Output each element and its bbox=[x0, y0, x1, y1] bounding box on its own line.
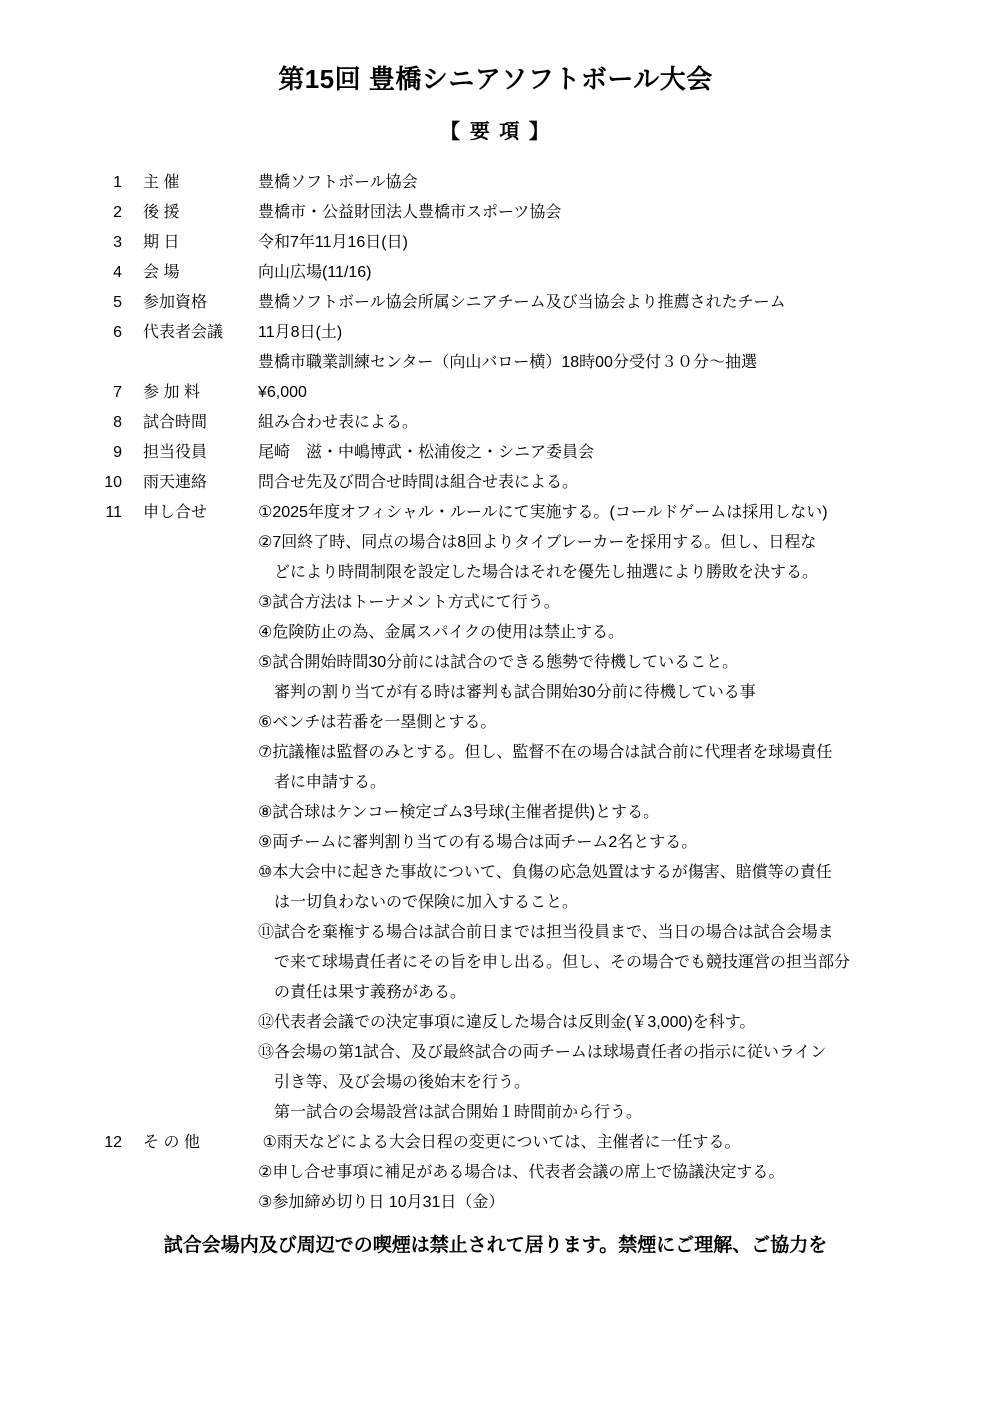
item-line: の責任は果す義務がある。 bbox=[258, 978, 991, 1008]
item-line: 豊橋ソフトボール協会所属シニアチーム及び当協会より推薦されたチーム bbox=[258, 288, 991, 318]
item-line: 引き等、及び会場の後始末を行う。 bbox=[258, 1068, 991, 1098]
item-lines: 尾崎 滋・中嶋博武・松浦俊之・シニア委員会 bbox=[258, 438, 991, 468]
item-number: 5 bbox=[0, 288, 122, 318]
items-list: 1 主 催 豊橋ソフトボール協会 2 後 援 豊橋市・公益財団法人豊橋市スポーツ… bbox=[0, 168, 991, 1218]
item-number: 3 bbox=[0, 228, 122, 258]
item-label: 代表者会議 bbox=[143, 318, 258, 348]
item-row-12: 12 そ の 他 ①雨天などによる大会日程の変更については、主催者に一任する。 … bbox=[0, 1128, 991, 1218]
item-line: ④危険防止の為、金属スパイクの使用は禁止する。 bbox=[258, 618, 991, 648]
item-row-8: 8 試合時間 組み合わせ表による。 bbox=[0, 408, 991, 438]
item-row-3: 3 期 日 令和7年11月16日(日) bbox=[0, 228, 991, 258]
item-row-4: 4 会 場 向山広場(11/16) bbox=[0, 258, 991, 288]
item-row-9: 9 担当役員 尾崎 滋・中嶋博武・松浦俊之・シニア委員会 bbox=[0, 438, 991, 468]
item-number: 12 bbox=[0, 1128, 122, 1158]
document-title: 第15回 豊橋シニアソフトボール大会 bbox=[0, 62, 991, 96]
item-line: 豊橋市・公益財団法人豊橋市スポーツ協会 bbox=[258, 198, 991, 228]
document-page: 第15回 豊橋シニアソフトボール大会 【 要 項 】 1 主 催 豊橋ソフトボー… bbox=[0, 0, 991, 1403]
item-line: で来て球場責任者にその旨を申し出る。但し、その場合でも競技運営の担当部分 bbox=[258, 948, 991, 978]
item-line: 組み合わせ表による。 bbox=[258, 408, 991, 438]
item-label: 期 日 bbox=[143, 228, 258, 258]
item-line: ②申し合せ事項に補足がある場合は、代表者会議の席上で協議決定する。 bbox=[258, 1158, 991, 1188]
item-line: 者に申請する。 bbox=[258, 768, 991, 798]
item-line: 審判の割り当てが有る時は審判も試合開始30分前に待機している事 bbox=[258, 678, 991, 708]
item-line: ⑥ベンチは若番を一塁側とする。 bbox=[258, 708, 991, 738]
item-lines: 豊橋市・公益財団法人豊橋市スポーツ協会 bbox=[258, 198, 991, 228]
item-lines: 11月8日(土) 豊橋市職業訓練センター（向山バロー横）18時00分受付３０分～… bbox=[258, 318, 991, 378]
item-label: 参加資格 bbox=[143, 288, 258, 318]
item-line: ¥6,000 bbox=[258, 378, 991, 408]
item-number: 11 bbox=[0, 498, 122, 528]
item-row-11: 11 申し合せ ①2025年度オフィシャル・ルールにて実施する。(コールドゲーム… bbox=[0, 498, 991, 1128]
item-lines: ¥6,000 bbox=[258, 378, 991, 408]
item-number: 7 bbox=[0, 378, 122, 408]
item-number: 2 bbox=[0, 198, 122, 228]
item-number: 6 bbox=[0, 318, 122, 348]
item-line: ③試合方法はトーナメント方式にて行う。 bbox=[258, 588, 991, 618]
item-lines: ①雨天などによる大会日程の変更については、主催者に一任する。 ②申し合せ事項に補… bbox=[258, 1128, 991, 1218]
item-line: ⑫代表者会議での決定事項に違反した場合は反則金(￥3,000)を科す。 bbox=[258, 1008, 991, 1038]
item-line: ③参加締め切り日 10月31日（金） bbox=[258, 1188, 991, 1218]
item-line: 尾崎 滋・中嶋博武・松浦俊之・シニア委員会 bbox=[258, 438, 991, 468]
item-row-2: 2 後 援 豊橋市・公益財団法人豊橋市スポーツ協会 bbox=[0, 198, 991, 228]
item-row-5: 5 参加資格 豊橋ソフトボール協会所属シニアチーム及び当協会より推薦されたチーム bbox=[0, 288, 991, 318]
item-label: 参 加 料 bbox=[143, 378, 258, 408]
item-row-10: 10 雨天連絡 問合せ先及び問合せ時間は組合せ表による。 bbox=[0, 468, 991, 498]
item-line: 問合せ先及び問合せ時間は組合せ表による。 bbox=[258, 468, 991, 498]
item-line: ⑬各会場の第1試合、及び最終試合の両チームは球場責任者の指示に従いライン bbox=[258, 1038, 991, 1068]
item-line: 豊橋ソフトボール協会 bbox=[258, 168, 991, 198]
section-heading: 【 要 項 】 bbox=[0, 118, 991, 146]
item-lines: 問合せ先及び問合せ時間は組合せ表による。 bbox=[258, 468, 991, 498]
item-line: ⑧試合球はケンコー検定ゴム3号球(主催者提供)とする。 bbox=[258, 798, 991, 828]
item-row-7: 7 参 加 料 ¥6,000 bbox=[0, 378, 991, 408]
item-number: 4 bbox=[0, 258, 122, 288]
item-line: 令和7年11月16日(日) bbox=[258, 228, 991, 258]
footer-notice: 試合会場内及び周辺での喫煙は禁止されて居ります。禁煙にご理解、ご協力を bbox=[0, 1232, 991, 1260]
item-lines: 豊橋ソフトボール協会 bbox=[258, 168, 991, 198]
item-line: 11月8日(土) bbox=[258, 318, 991, 348]
item-lines: 令和7年11月16日(日) bbox=[258, 228, 991, 258]
item-label: 担当役員 bbox=[143, 438, 258, 468]
item-lines: 豊橋ソフトボール協会所属シニアチーム及び当協会より推薦されたチーム bbox=[258, 288, 991, 318]
item-line: ⑨両チームに審判割り当ての有る場合は両チーム2名とする。 bbox=[258, 828, 991, 858]
item-label: 試合時間 bbox=[143, 408, 258, 438]
item-number: 8 bbox=[0, 408, 122, 438]
item-label: 会 場 bbox=[143, 258, 258, 288]
item-row-6: 6 代表者会議 11月8日(土) 豊橋市職業訓練センター（向山バロー横）18時0… bbox=[0, 318, 991, 378]
item-lines: 向山広場(11/16) bbox=[258, 258, 991, 288]
item-lines: 組み合わせ表による。 bbox=[258, 408, 991, 438]
item-line: ⑩本大会中に起きた事故について、負傷の応急処置はするが傷害、賠償等の責任 bbox=[258, 858, 991, 888]
item-lines: ①2025年度オフィシャル・ルールにて実施する。(コールドゲームは採用しない) … bbox=[258, 498, 991, 1128]
item-label: 後 援 bbox=[143, 198, 258, 228]
item-line: 豊橋市職業訓練センター（向山バロー横）18時00分受付３０分～抽選 bbox=[258, 348, 991, 378]
item-line: ⑦抗議権は監督のみとする。但し、監督不在の場合は試合前に代理者を球場責任 bbox=[258, 738, 991, 768]
item-label: 申し合せ bbox=[143, 498, 258, 528]
item-line: ①雨天などによる大会日程の変更については、主催者に一任する。 bbox=[258, 1128, 991, 1158]
item-line: 向山広場(11/16) bbox=[258, 258, 991, 288]
item-line: ②7回終了時、同点の場合は8回よりタイブレーカーを採用する。但し、日程な bbox=[258, 528, 991, 558]
item-line: は一切負わないので保険に加入すること。 bbox=[258, 888, 991, 918]
item-line: ⑤試合開始時間30分前には試合のできる態勢で待機していること。 bbox=[258, 648, 991, 678]
item-label: 雨天連絡 bbox=[143, 468, 258, 498]
item-label: そ の 他 bbox=[143, 1128, 258, 1158]
item-label: 主 催 bbox=[143, 168, 258, 198]
item-number: 9 bbox=[0, 438, 122, 468]
item-number: 10 bbox=[0, 468, 122, 498]
item-line: ①2025年度オフィシャル・ルールにて実施する。(コールドゲームは採用しない) bbox=[258, 498, 991, 528]
item-number: 1 bbox=[0, 168, 122, 198]
item-line: 第一試合の会場設営は試合開始１時間前から行う。 bbox=[258, 1098, 991, 1128]
item-line: どにより時間制限を設定した場合はそれを優先し抽選により勝敗を決する。 bbox=[258, 558, 991, 588]
item-row-1: 1 主 催 豊橋ソフトボール協会 bbox=[0, 168, 991, 198]
item-line: ⑪試合を棄権する場合は試合前日までは担当役員まで、当日の場合は試合会場ま bbox=[258, 918, 991, 948]
